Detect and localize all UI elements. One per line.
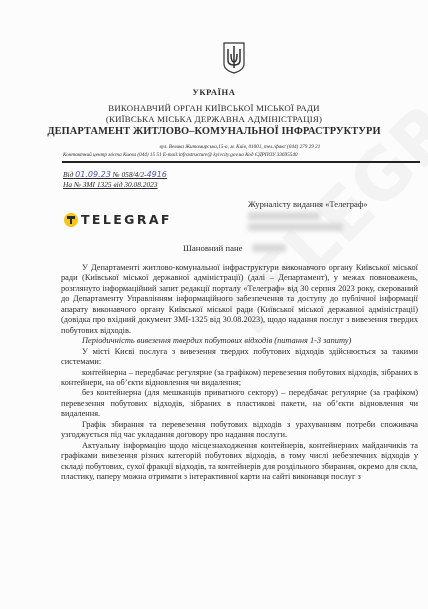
salutation: Шановний пане — [183, 243, 243, 253]
telegraf-logo: TELEGRAF — [64, 212, 172, 227]
paragraph-container: контейнерна – передбачає регулярне (за г… — [61, 368, 418, 389]
redacted-addressee-name — [252, 244, 286, 252]
section-heading: Періодичність вивезення твердих побутови… — [61, 336, 418, 346]
outgoing-reference: Від 01.09.23 № 058/4/2-4916 — [63, 170, 167, 179]
paragraph-systems: У місті Києві послуга з вивезення тверди… — [61, 347, 418, 368]
organ-name-line2: (КИЇВСЬКА МІСЬКА ДЕРЖАВНА АДМІНІСТРАЦІЯ) — [0, 114, 428, 124]
department-name: ДЕПАРТАМЕНТ ЖИТЛОВО–КОМУНАЛЬНОЇ ІНФРАСТР… — [0, 126, 428, 137]
paragraph-schedule: Графік збирання та перевезення побутових… — [61, 420, 418, 441]
telegraf-logo-icon — [64, 213, 78, 227]
organ-name-line1: ВИКОНАВЧИЙ ОРГАН КИЇВСЬКОЇ МІСЬКОЇ РАДИ — [0, 103, 428, 113]
trident-coat-of-arms-icon — [223, 42, 245, 74]
incoming-reference: На № ЗМІ 1325 від 30.08.2023 — [63, 180, 158, 189]
country-heading: УКРАЇНА — [0, 87, 428, 97]
from-prefix: Від — [63, 170, 73, 179]
letter-body: У Департаменті житлово-комунальної інфра… — [61, 263, 418, 483]
number-handwritten: 4916 — [147, 170, 167, 179]
logo-text: TELEGRAF — [81, 212, 172, 227]
contact-line: Контактний центр міста Києва (044) 15 51… — [63, 152, 298, 158]
paragraph-intro: У Департаменті житлово-комунальної інфра… — [61, 263, 418, 336]
paragraph-map-info: Актуальну інформацію щодо місцезнаходжен… — [61, 441, 418, 483]
number-prefix: № 058/4/2- — [113, 170, 147, 179]
from-date: 01.09.23 — [75, 170, 111, 179]
redacted-recipient-name — [248, 212, 320, 220]
document-page: TELEGRAF УКРАЇНА ВИКОНАВЧИЙ ОРГАН КИЇВСЬ… — [0, 0, 428, 609]
paragraph-no-container: без контейнерна (для мешканців приватног… — [61, 388, 418, 419]
letterhead-divider — [62, 161, 420, 163]
recipient-line: Журналісту видання «Телеграф» — [248, 199, 368, 209]
address-line: вул. Велика Житомирська,15-а, м. Київ, 0… — [40, 144, 428, 150]
redacted-recipient-email — [248, 223, 343, 231]
